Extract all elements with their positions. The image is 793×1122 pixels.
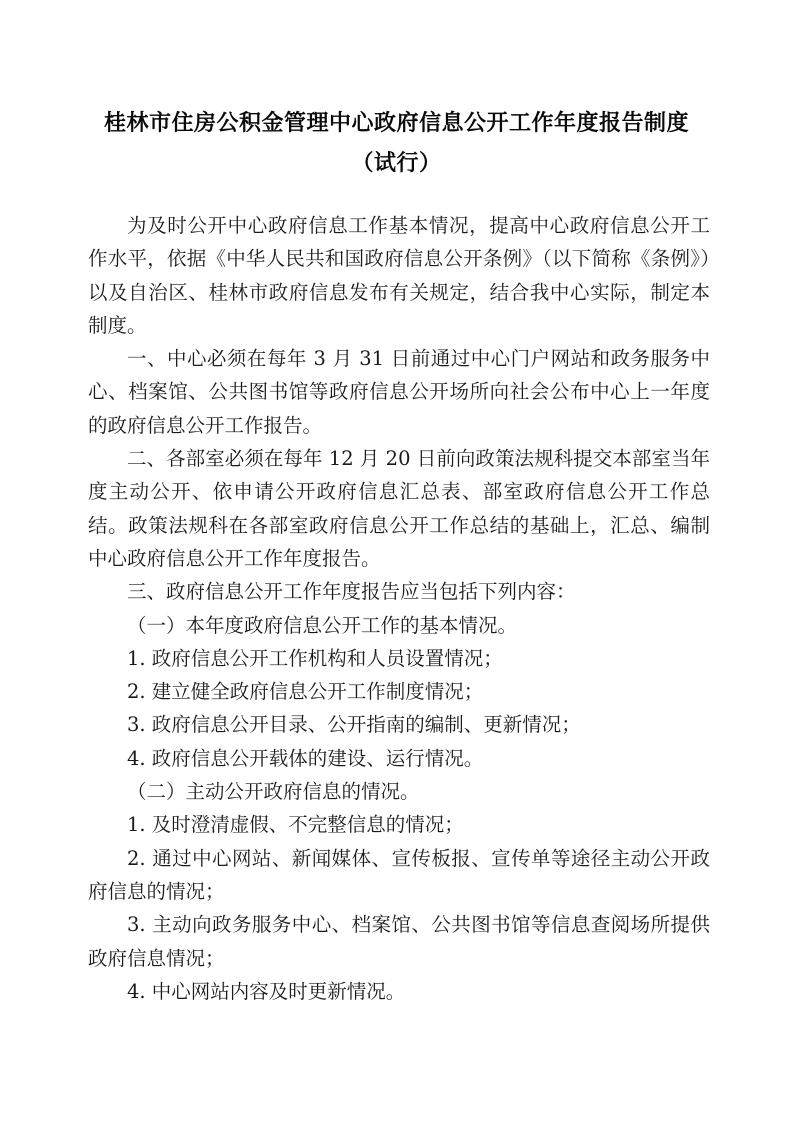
paragraph-sub-2-2: 2. 通过中心网站、新闻媒体、宣传板报、宣传单等途径主动公开政府信息的情况； [88, 842, 710, 909]
title-block: 桂林市住房公积金管理中心政府信息公开工作年度报告制度 （试行） [0, 0, 793, 184]
document-body: 为及时公开中心政府信息工作基本情况，提高中心政府信息公开工作水平，依据《中华人民… [88, 209, 710, 1008]
paragraph-sub-1-1: 1. 政府信息公开工作机构和人员设置情况； [88, 642, 710, 675]
document-subtitle: （试行） [0, 144, 793, 184]
paragraph-sub-1-3: 3. 政府信息公开目录、公开指南的编制、更新情况； [88, 708, 710, 741]
paragraph-sub-2-1: 1. 及时澄清虚假、不完整信息的情况； [88, 808, 710, 841]
paragraph-section-1: （一）本年度政府信息公开工作的基本情况。 [88, 609, 710, 642]
paragraph-sub-1-4: 4. 政府信息公开载体的建设、运行情况。 [88, 742, 710, 775]
paragraph-sub-2-4: 4. 中心网站内容及时更新情况。 [88, 975, 710, 1008]
paragraph-sub-2-3: 3. 主动向政务服务中心、档案馆、公共图书馆等信息查阅场所提供政府信息情况； [88, 908, 710, 975]
paragraph-sub-1-2: 2. 建立健全政府信息公开工作制度情况； [88, 675, 710, 708]
paragraph-section-2: （二）主动公开政府信息的情况。 [88, 775, 710, 808]
paragraph-item-3: 三、政府信息公开工作年度报告应当包括下列内容： [88, 575, 710, 608]
paragraph-item-1: 一、中心必须在每年 3 月 31 日前通过中心门户网站和政务服务中心、档案馆、公… [88, 342, 710, 442]
document-title: 桂林市住房公积金管理中心政府信息公开工作年度报告制度 [0, 104, 793, 144]
paragraph-intro: 为及时公开中心政府信息工作基本情况，提高中心政府信息公开工作水平，依据《中华人民… [88, 209, 710, 342]
paragraph-item-2: 二、各部室必须在每年 12 月 20 日前向政策法规科提交本部室当年度主动公开、… [88, 442, 710, 575]
document-page: 桂林市住房公积金管理中心政府信息公开工作年度报告制度 （试行） 为及时公开中心政… [0, 0, 793, 1122]
